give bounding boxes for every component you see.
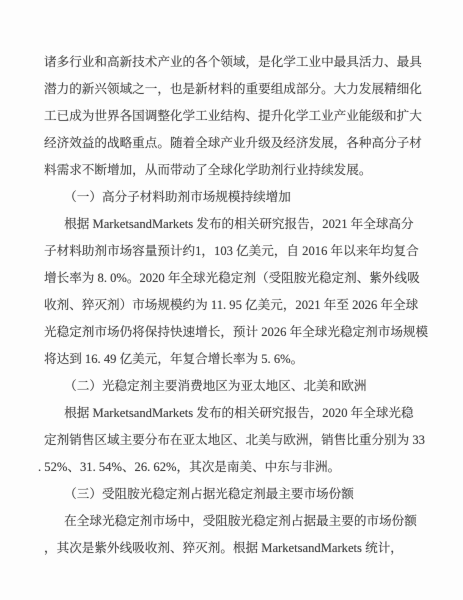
text-line: 定剂销售区域主要分布在亚太地区、北美与欧洲，销售比重分别为 33 — [44, 427, 430, 454]
text-line: ，其次是紫外线吸收剂、猝灭剂。根据 MarketsandMarkets 统计， — [44, 535, 430, 562]
document-text-block: 诸多行业和高新技术产业的各个领域，是化学工业中最具活力、最具潜力的新兴领域之一，… — [44, 49, 430, 562]
text-line: 料需求不断增加，从而带动了全球化学助剂行业持续发展。 — [44, 157, 430, 184]
text-line: 增长率为 8. 0%。2020 年全球光稳定剂（受阻胺光稳定剂、紫外线吸 — [44, 265, 430, 292]
text-line: 在全球光稳定剂市场中，受阻胺光稳定剂占据最主要的市场份额 — [44, 508, 430, 535]
text-line: 经济效益的战略重点。随着全球产业升级及经济发展，各种高分子材 — [44, 130, 430, 157]
section-heading-line: （一）高分子材料助剂市场规模持续增加 — [44, 184, 430, 211]
text-line: . 52%、31. 54%、26. 62%，其次是南美、中东与非洲。 — [38, 454, 430, 481]
section-heading-line: （二）光稳定剂主要消费地区为亚太地区、北美和欧洲 — [44, 373, 430, 400]
section-heading-line: （三）受阻胺光稳定剂占据光稳定剂最主要市场份额 — [44, 481, 430, 508]
text-line: 子材料助剂市场容量预计约1，103 亿美元，自 2016 年以来年均复合 — [44, 238, 430, 265]
document-page: 诸多行业和高新技术产业的各个领域，是化学工业中最具活力、最具潜力的新兴领域之一，… — [0, 0, 463, 600]
text-line: 根据 MarketsandMarkets 发布的相关研究报告，2020 年全球光… — [44, 400, 430, 427]
text-line: 潜力的新兴领域之一，也是新材料的重要组成部分。大力发展精细化 — [44, 76, 430, 103]
text-line: 收剂、猝灭剂）市场规模约为 11. 95 亿美元，2021 年至 2026 年全… — [44, 292, 430, 319]
text-line: 光稳定剂市场仍将保持快速增长，预计 2026 年全球光稳定剂市场规模 — [44, 319, 430, 346]
text-line: 将达到 16. 49 亿美元，年复合增长率为 5. 6%。 — [44, 346, 430, 373]
text-line: 诸多行业和高新技术产业的各个领域，是化学工业中最具活力、最具 — [44, 49, 430, 76]
text-line: 根据 MarketsandMarkets 发布的相关研究报告，2021 年全球高… — [44, 211, 430, 238]
text-line: 工已成为世界各国调整化学工业结构、提升化学工业产业能级和扩大 — [44, 103, 430, 130]
